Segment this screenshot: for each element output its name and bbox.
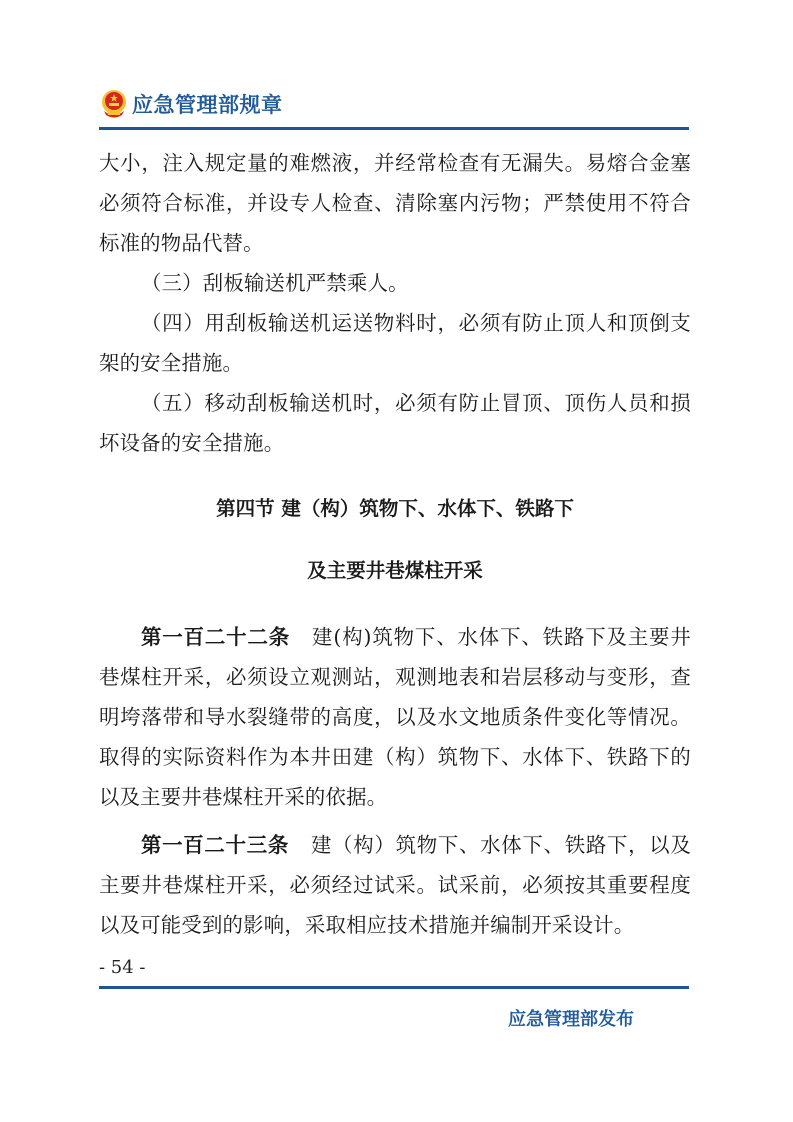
header-title: 应急管理部规章 xyxy=(132,89,283,119)
footer-publisher: 应急管理部发布 xyxy=(508,1005,634,1031)
national-emblem-icon xyxy=(100,89,128,119)
article-123: 第一百二十三条建（构）筑物下、水体下、铁路下，以及主要井巷煤柱开采，必须经过试采… xyxy=(99,825,691,945)
article-text: 建(构)筑物下、水体下、铁路下及主要井巷煤柱开采，必须设立观测站，观测地表和岩层… xyxy=(99,625,691,809)
paragraph-continuation: 大小，注入规定量的难燃液，并经常检查有无漏失。易熔合金塞必须符合标准，并设专人检… xyxy=(99,143,691,263)
page-header: 应急管理部规章 xyxy=(100,84,283,124)
footer-divider xyxy=(99,986,689,989)
article-122: 第一百二十二条建(构)筑物下、水体下、铁路下及主要井巷煤柱开采，必须设立观测站，… xyxy=(99,617,691,817)
section-heading-line-1: 第四节 建（构）筑物下、水体下、铁路下 xyxy=(99,493,691,521)
header-divider xyxy=(99,127,689,130)
paragraph-item-3: （三）刮板输送机严禁乘人。 xyxy=(99,263,691,303)
page-number: - 54 - xyxy=(99,957,146,978)
paragraph-item-4: （四）用刮板输送机运送物料时，必须有防止顶人和顶倒支架的安全措施。 xyxy=(99,303,691,383)
paragraph-item-5: （五）移动刮板输送机时，必须有防止冒顶、顶伤人员和损坏设备的安全措施。 xyxy=(99,383,691,463)
section-heading-line-2: 及主要井巷煤柱开采 xyxy=(99,555,691,583)
article-label: 第一百二十二条 xyxy=(141,625,290,649)
document-body: 大小，注入规定量的难燃液，并经常检查有无漏失。易熔合金塞必须符合标准，并设专人检… xyxy=(99,143,691,463)
article-label: 第一百二十三条 xyxy=(141,833,289,857)
